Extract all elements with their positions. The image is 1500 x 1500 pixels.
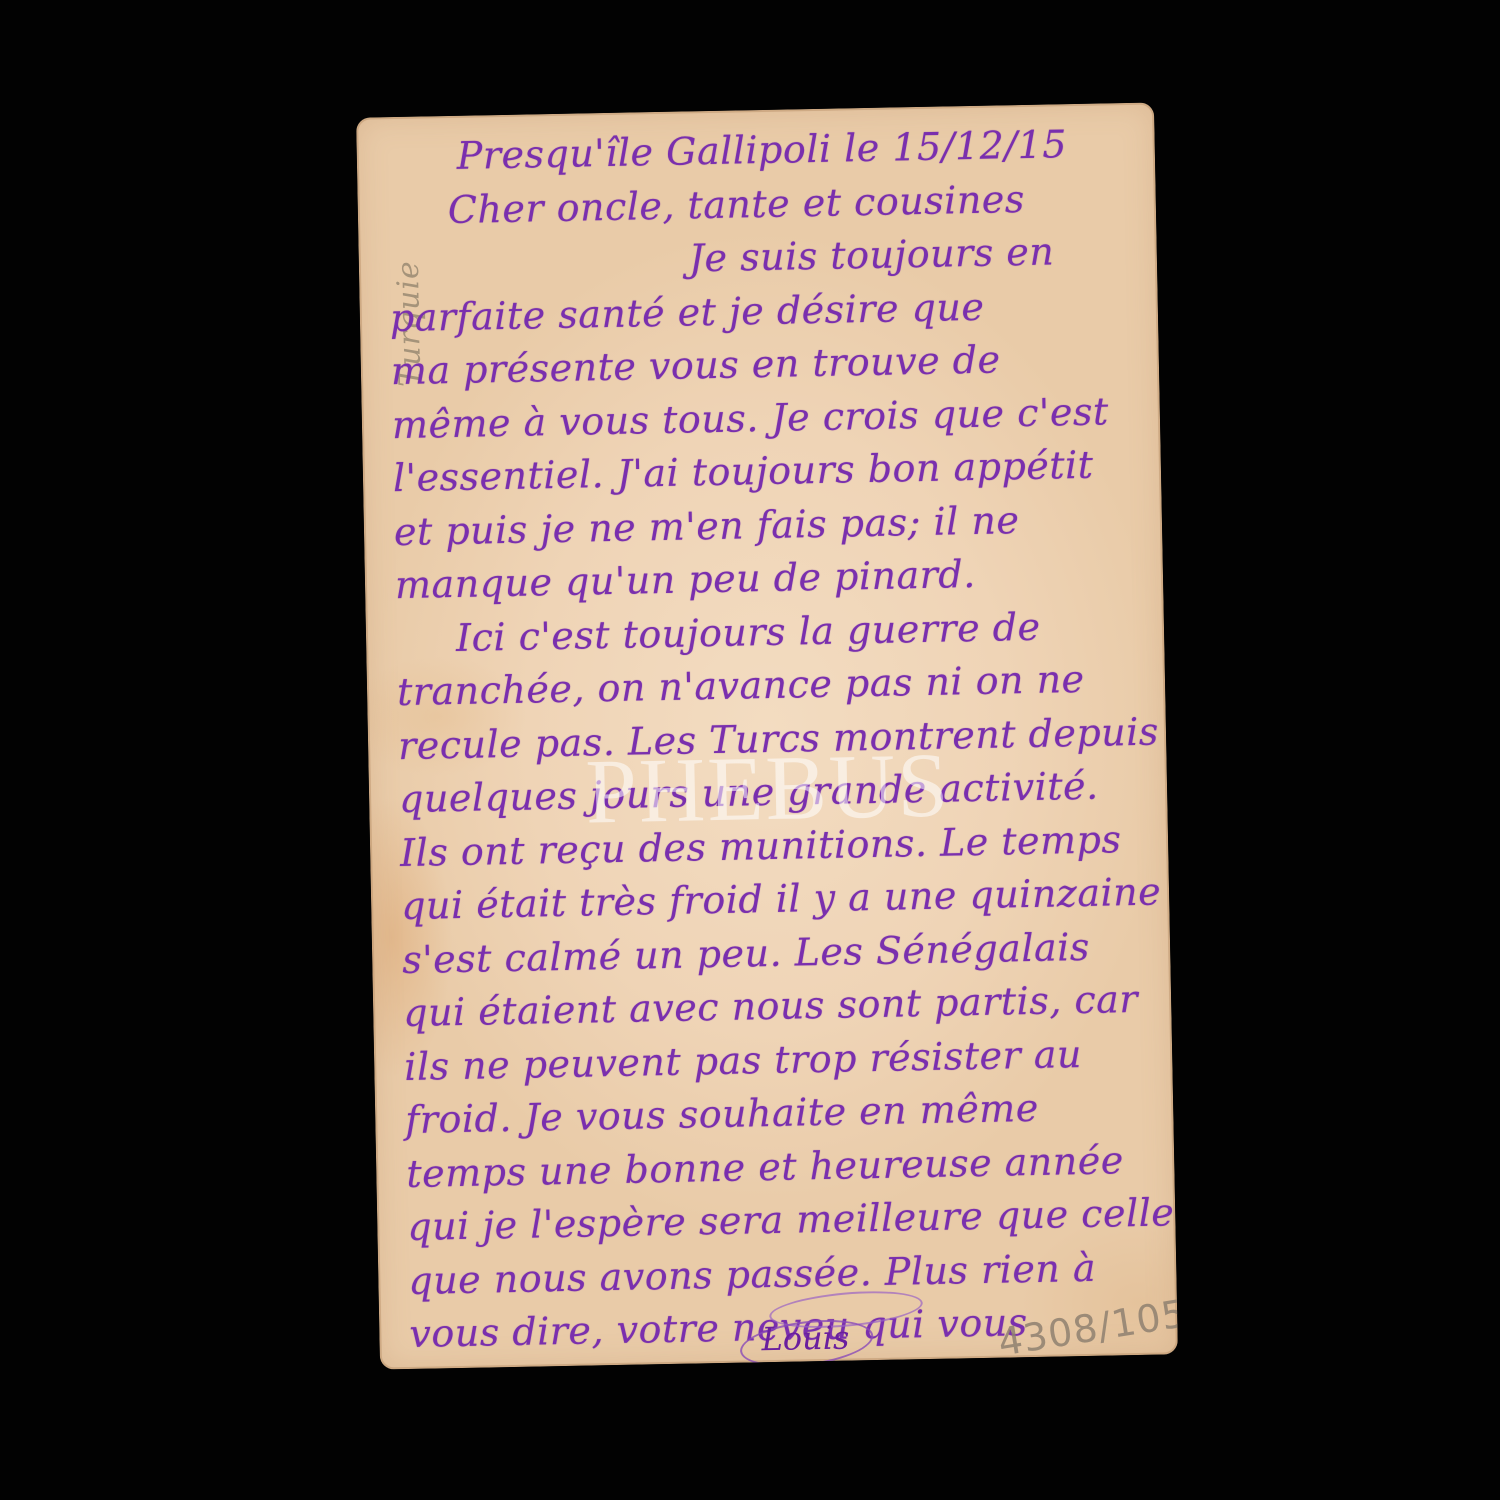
- signature-name: Louis: [761, 1319, 849, 1359]
- postcard: Turquie Presqu'île Gallipoli le 15/12/15…: [356, 102, 1178, 1369]
- letter-body: Presqu'île Gallipoli le 15/12/15 Cher on…: [386, 117, 1173, 1370]
- signature: Louis: [739, 1286, 960, 1369]
- photo-background: Turquie Presqu'île Gallipoli le 15/12/15…: [0, 0, 1500, 1500]
